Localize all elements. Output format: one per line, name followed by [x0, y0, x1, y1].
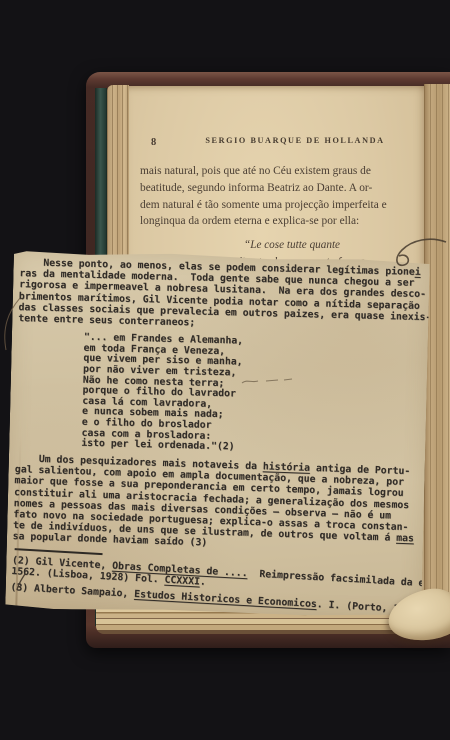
page-edges-right — [424, 84, 450, 602]
text-segment: longinqua da ordem eterna e explica-se p… — [140, 215, 359, 227]
text-segment: dem natural é tão somente uma projecção … — [140, 199, 387, 211]
text-line: longinqua da ordem eterna e explica-se p… — [140, 213, 424, 230]
footnote-lines: (2) Gil Vicente, Obras Completas de ....… — [10, 555, 414, 616]
text-segment: (3) Alberto Sampaio, — [10, 583, 134, 601]
text-segment: beatitude, segundo informa Beatriz ao Da… — [140, 182, 372, 194]
typewritten-sheet: Nesse ponto, ao menos, elas se podem con… — [5, 250, 430, 618]
text-line: dem natural é tão somente uma projecção … — [140, 197, 424, 214]
running-header: SERGIO BUARQUE DE HOLLANDA — [140, 136, 424, 145]
photo-of-book-with-typescript: 8 SERGIO BUARQUE DE HOLLANDA mais natura… — [0, 0, 450, 740]
printed-paragraph: mais natural, pois que até no Céu existe… — [140, 163, 424, 230]
printed-page-content: 8 SERGIO BUARQUE DE HOLLANDA mais natura… — [140, 136, 424, 271]
running-header-row: 8 SERGIO BUARQUE DE HOLLANDA — [140, 136, 424, 151]
typescript-footnotes: (2) Gil Vicente, Obras Completas de ....… — [10, 548, 414, 616]
text-line: mais natural, pois que até no Céu existe… — [140, 163, 424, 180]
pen-loop-mark — [386, 236, 448, 278]
underlined-text-segment: mas — [396, 533, 414, 545]
pen-curve-left-margin — [0, 296, 22, 352]
text-segment: mais natural, pois que até no Céu existe… — [140, 165, 371, 177]
footnote-separator-rule — [15, 549, 103, 556]
text-line: beatitude, segundo informa Beatriz ao Da… — [140, 180, 424, 197]
text-segment: isto per lei ordenada."(2) — [81, 438, 235, 453]
underlined-text-segment: CCXXXI — [164, 575, 200, 588]
typescript-paragraph-2: Um dos pesquizadores mais notaveis da hi… — [12, 453, 417, 556]
pencil-dash-mark — [240, 374, 294, 388]
text-segment: . — [200, 577, 207, 588]
typescript-paragraph-1: Nesse ponto, ao menos, elas se podem con… — [18, 257, 422, 334]
typescript-poem-quote: "... em Frandes e Alemanha,em toda Franç… — [81, 333, 420, 458]
page-number: 8 — [151, 137, 156, 148]
check-mark — [14, 572, 28, 592]
